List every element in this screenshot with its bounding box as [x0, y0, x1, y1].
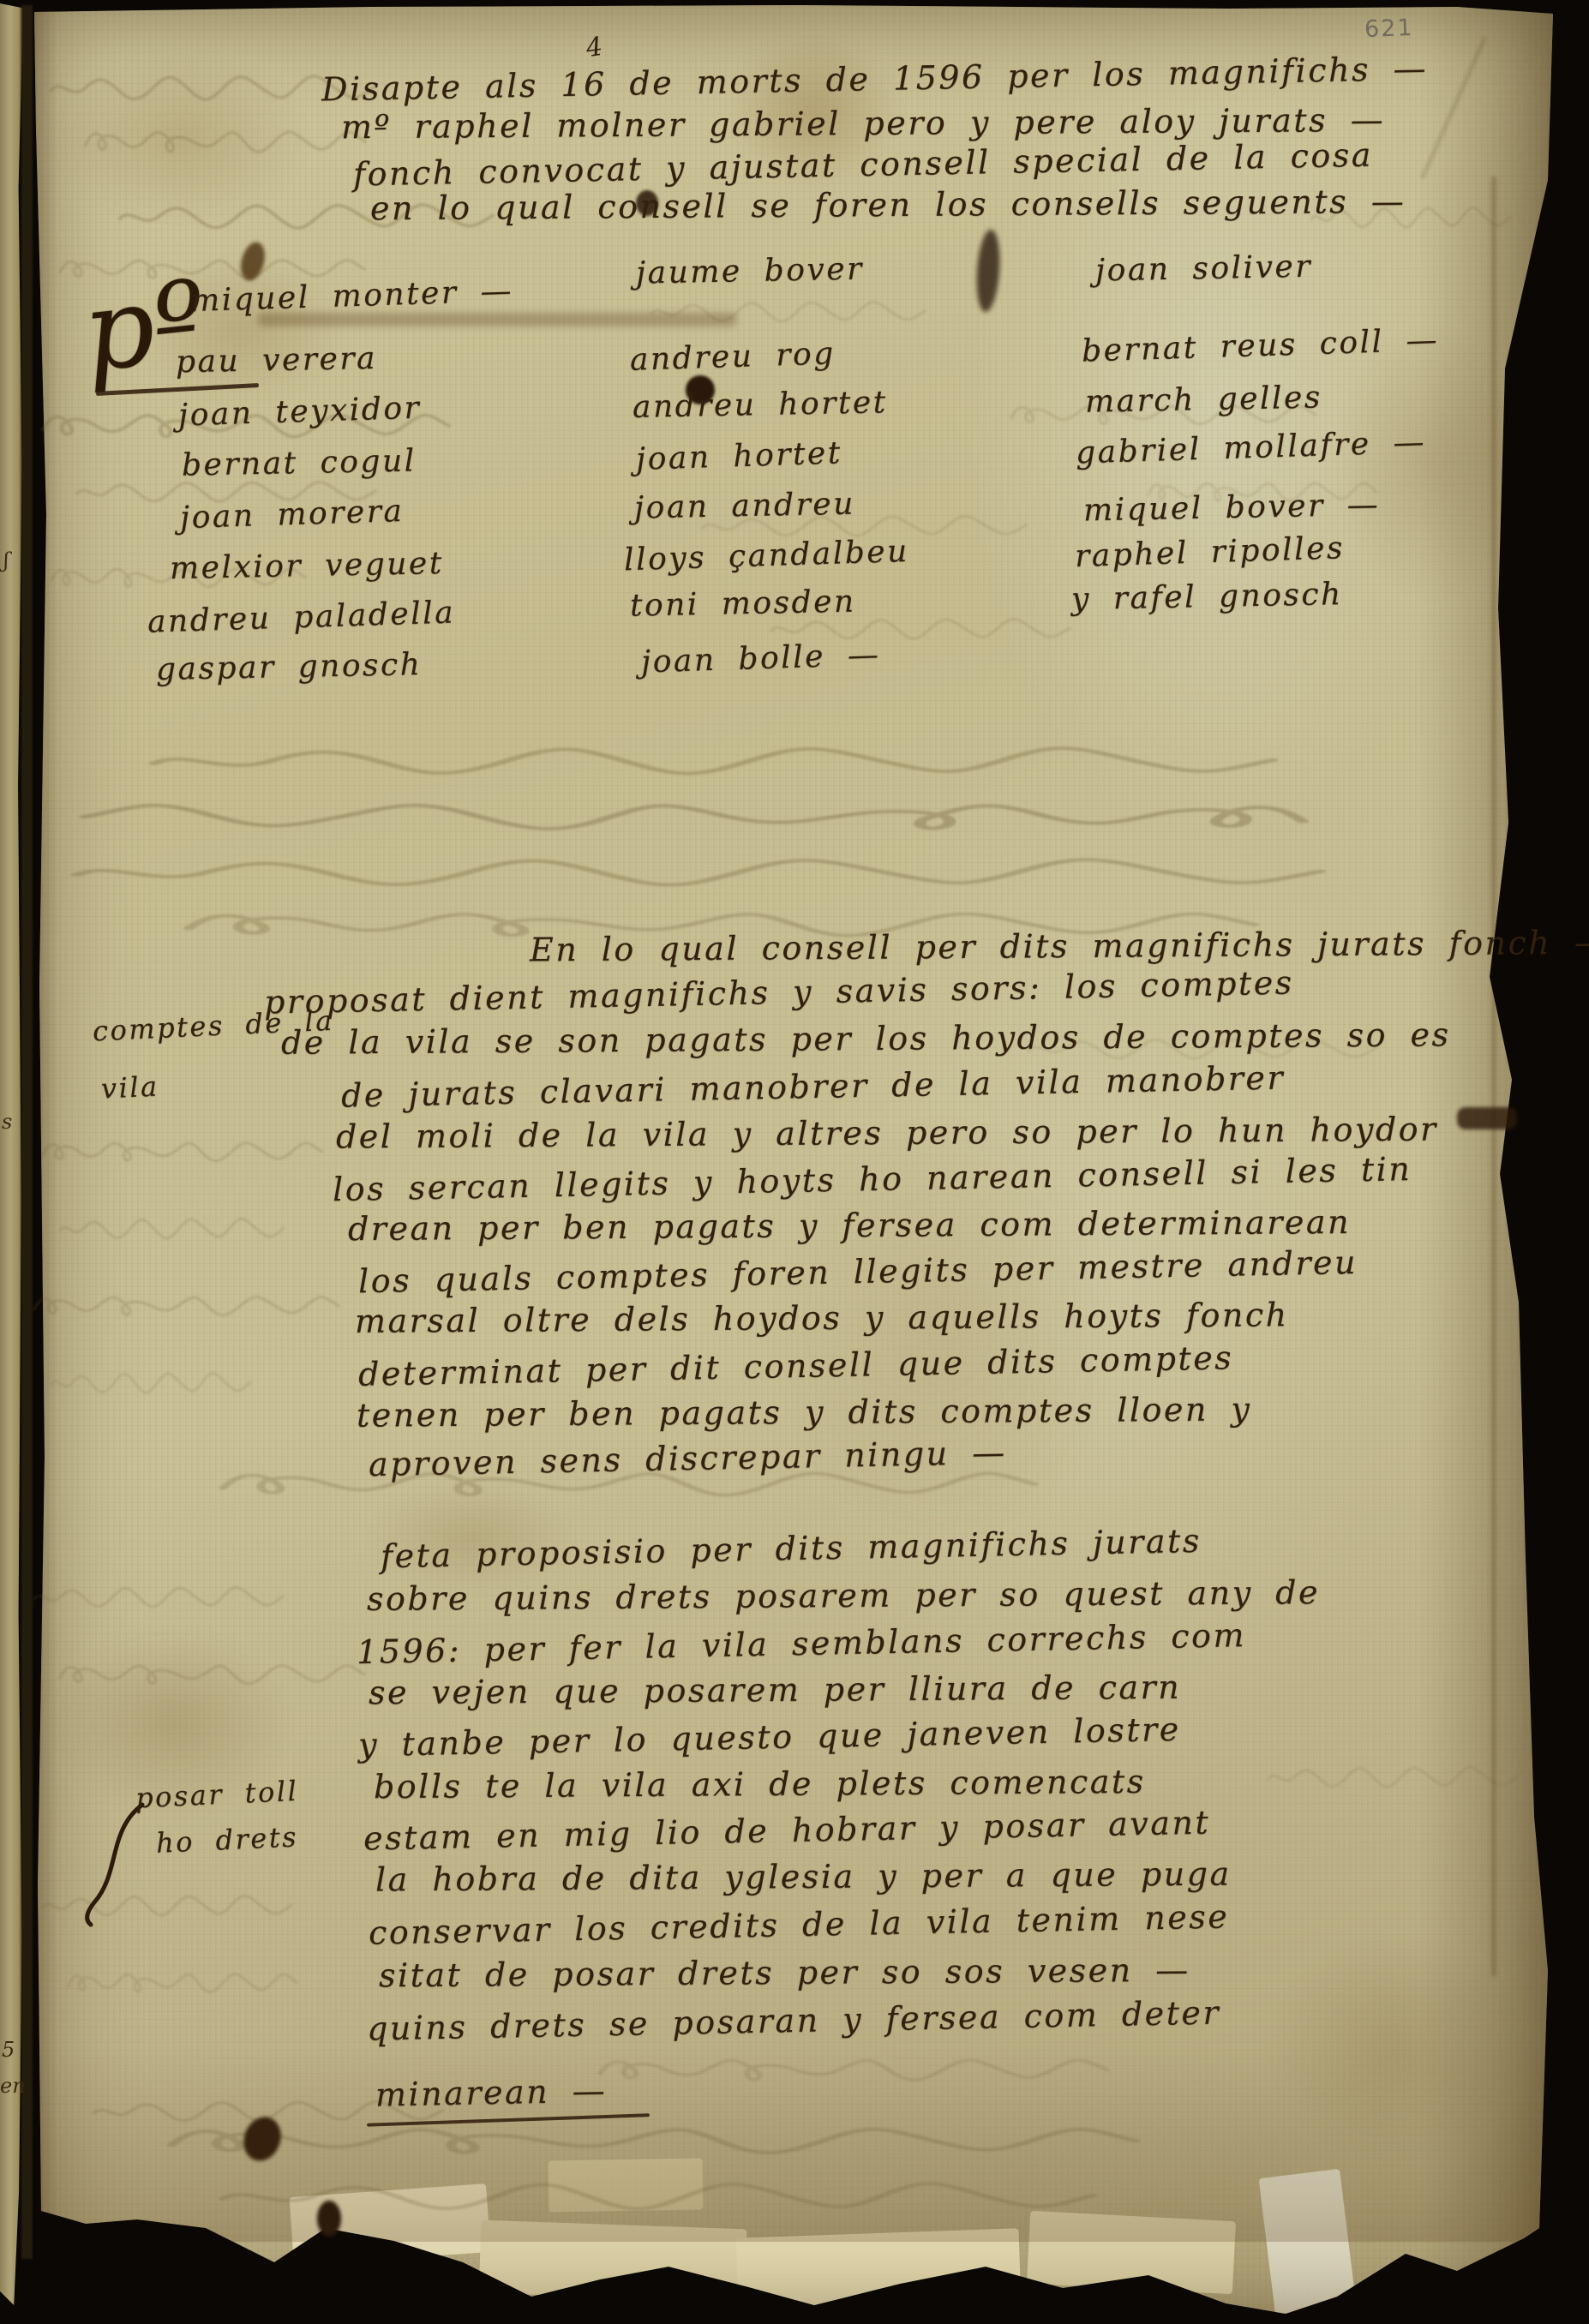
paragraph-line: se vejen que posarem per lliura de carn — [369, 1668, 1181, 1712]
ink-smear — [257, 313, 737, 326]
edge-letter-fragment: 5 — [2, 2038, 15, 2062]
attendee-name: pau verera — [176, 341, 378, 380]
paragraph-line: sitat de posar drets per so sos vesen — — [379, 1951, 1190, 1995]
header-line: en lo qual consell se foren los consells… — [370, 183, 1406, 227]
attendee-name: gaspar gnosch — [156, 647, 423, 687]
paragraph-line: la hobra de dita yglesia y per a que pug… — [375, 1855, 1232, 1899]
margin-note-line: ho drets — [155, 1820, 299, 1859]
attendee-name: andreu rog — [629, 336, 836, 378]
attendee-name: melxior veguet — [170, 546, 444, 586]
paragraph-line: sobre quins drets posarem per so quest a… — [367, 1573, 1320, 1618]
attendee-name: miquel bover — — [1083, 488, 1381, 529]
attendee-name: y rafel gnosch — [1071, 577, 1343, 617]
edge-letter-fragment: en — [0, 2074, 26, 2098]
paragraph-line: marsal oltre dels hoydos y aquells hoyts… — [355, 1296, 1289, 1340]
attendee-name: joan andreu — [634, 487, 856, 526]
attendee-name: joan bolle — — [640, 638, 881, 680]
attendee-name: march gelles — [1085, 380, 1323, 419]
paragraph-line: En lo qual consell per dits magnifichs j… — [530, 924, 1589, 969]
folio-number: 621 — [1364, 15, 1414, 43]
attendee-name: bernat cogul — [182, 443, 417, 482]
margin-flourish-stroke — [82, 1800, 159, 1928]
attendee-name: joan hortet — [635, 435, 842, 477]
manuscript-scan: 621 4 Disapte als 16 de morts de 1596 pe… — [0, 0, 1589, 2324]
ink-blot — [317, 2201, 341, 2237]
edge-letter-fragment: ʃ — [3, 548, 9, 572]
paragraph-line: tenen per ben pagats y dits comptes lloe… — [357, 1390, 1252, 1434]
paragraph-line: drean per ben pagats y fersea com determ… — [348, 1203, 1351, 1248]
attendee-name: andreu hortet — [633, 385, 888, 425]
ink-smear — [1457, 1107, 1517, 1129]
paragraph-line: minarean — — [375, 2071, 608, 2113]
edge-letter-fragment: s — [2, 1110, 12, 1134]
attendee-name: joan morera — [179, 494, 405, 536]
attendee-name: joan soliver — [1095, 249, 1313, 289]
attendee-name: jaume bover — [636, 251, 865, 290]
attendee-name: toni mosden — [630, 584, 856, 623]
paragraph-line: del moli de la vila y altres pero so per… — [336, 1111, 1438, 1156]
paragraph-line: bolls te la vila axi de plets comencats — [374, 1763, 1146, 1806]
margin-note-line: vila — [100, 1069, 159, 1105]
